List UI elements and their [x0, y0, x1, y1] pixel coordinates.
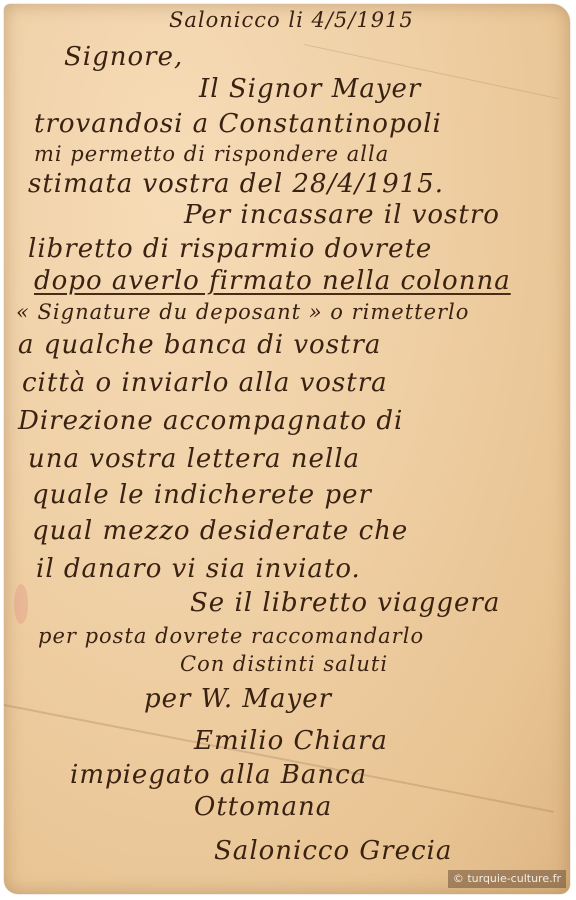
- closing-line: impiegato alla Banca: [70, 760, 367, 790]
- body-line: « Signature du deposant » o rimetterlo: [16, 300, 469, 324]
- postcard: Salonicco li 4/5/1915 Signore, Il Signor…: [4, 4, 570, 894]
- paper-stain: [14, 584, 28, 624]
- body-line: Il Signor Mayer: [199, 74, 421, 104]
- body-line: qual mezzo desiderate che: [32, 516, 408, 546]
- closing-line: per W. Mayer: [144, 684, 332, 714]
- body-line: libretto di risparmio dovrete: [28, 234, 432, 264]
- date-line: Salonicco li 4/5/1915: [169, 8, 414, 32]
- body-line: città o inviarlo alla vostra: [22, 368, 388, 398]
- body-line: dopo averlo firmato nella colonna: [34, 266, 511, 296]
- signature: Emilio Chiara: [194, 726, 388, 756]
- body-line: mi permetto di rispondere alla: [34, 142, 389, 166]
- body-line: per posta dovrete raccomandarlo: [38, 624, 424, 648]
- body-line: il danaro vi sia inviato.: [36, 554, 361, 584]
- body-line: stimata vostra del 28/4/1915.: [28, 169, 444, 199]
- closing-line: Con distinti saluti: [180, 652, 388, 676]
- body-line: a qualche banca di vostra: [18, 330, 381, 360]
- closing-line: Salonicco Grecia: [214, 836, 452, 866]
- body-line: Se il libretto viaggera: [190, 588, 500, 618]
- body-line: quale le indicherete per: [32, 480, 372, 510]
- body-line: Direzione accompagnato di: [18, 406, 403, 436]
- salutation: Signore,: [64, 42, 183, 72]
- closing-line: Ottomana: [194, 792, 332, 822]
- watermark: © turquie-culture.fr: [448, 870, 566, 888]
- body-line: una vostra lettera nella: [28, 444, 360, 474]
- body-line: Per incassare il vostro: [184, 200, 500, 230]
- body-line: trovandosi a Constantinopoli: [34, 109, 442, 139]
